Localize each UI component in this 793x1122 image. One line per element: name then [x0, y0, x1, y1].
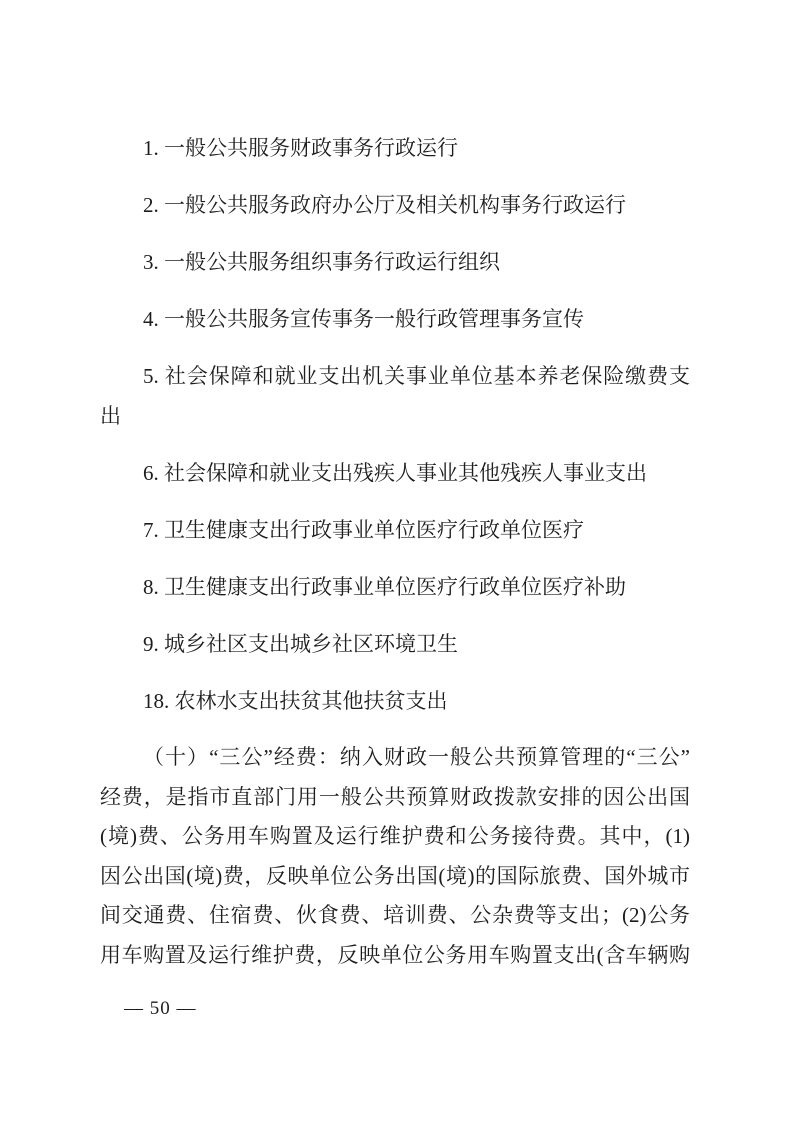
list-item-2: 2. 一般公共服务政府办公厅及相关机构事务行政运行	[100, 185, 690, 225]
document-content: 1. 一般公共服务财政事务行政运行 2. 一般公共服务政府办公厅及相关机构事务行…	[100, 128, 690, 975]
list-item-7: 7. 卫生健康支出行政事业单位医疗行政单位医疗	[100, 510, 690, 550]
paragraph-line-2: 经费，是指市直部门用一般公共预算财政拨款安排的因公出国	[100, 778, 690, 818]
page-number: — 50 —	[124, 997, 197, 1021]
paragraph-line-1: （十）“三公”经费：纳入财政一般公共预算管理的“三公”	[100, 738, 690, 778]
paragraph-line-6: 用车购置及运行维护费，反映单位公务用车购置支出(含车辆购	[100, 936, 690, 976]
list-item-5-line-2: 出	[100, 396, 690, 436]
three-public-funds-paragraph: （十）“三公”经费：纳入财政一般公共预算管理的“三公” 经费，是指市直部门用一般…	[100, 738, 690, 975]
paragraph-line-5: 间交通费、住宿费、伙食费、培训费、公杂费等支出；(2)公务	[100, 896, 690, 936]
list-item-8: 8. 卫生健康支出行政事业单位医疗行政单位医疗补助	[100, 567, 690, 607]
list-item-4: 4. 一般公共服务宣传事务一般行政管理事务宣传	[100, 299, 690, 339]
list-item-18: 18. 农林水支出扶贫其他扶贫支出	[100, 681, 690, 721]
paragraph-line-4: 因公出国(境)费，反映单位公务出国(境)的国际旅费、国外城市	[100, 857, 690, 897]
paragraph-line-3: (境)费、公务用车购置及运行维护费和公务接待费。其中，(1)	[100, 817, 690, 857]
document-page: 1. 一般公共服务财政事务行政运行 2. 一般公共服务政府办公厅及相关机构事务行…	[0, 0, 793, 1122]
list-item-3: 3. 一般公共服务组织事务行政运行组织	[100, 242, 690, 282]
list-item-9: 9. 城乡社区支出城乡社区环境卫生	[100, 624, 690, 664]
list-item-5-line-1: 5. 社会保障和就业支出机关事业单位基本养老保险缴费支	[100, 356, 690, 396]
list-item-1: 1. 一般公共服务财政事务行政运行	[100, 128, 690, 168]
list-item-6: 6. 社会保障和就业支出残疾人事业其他残疾人事业支出	[100, 453, 690, 493]
